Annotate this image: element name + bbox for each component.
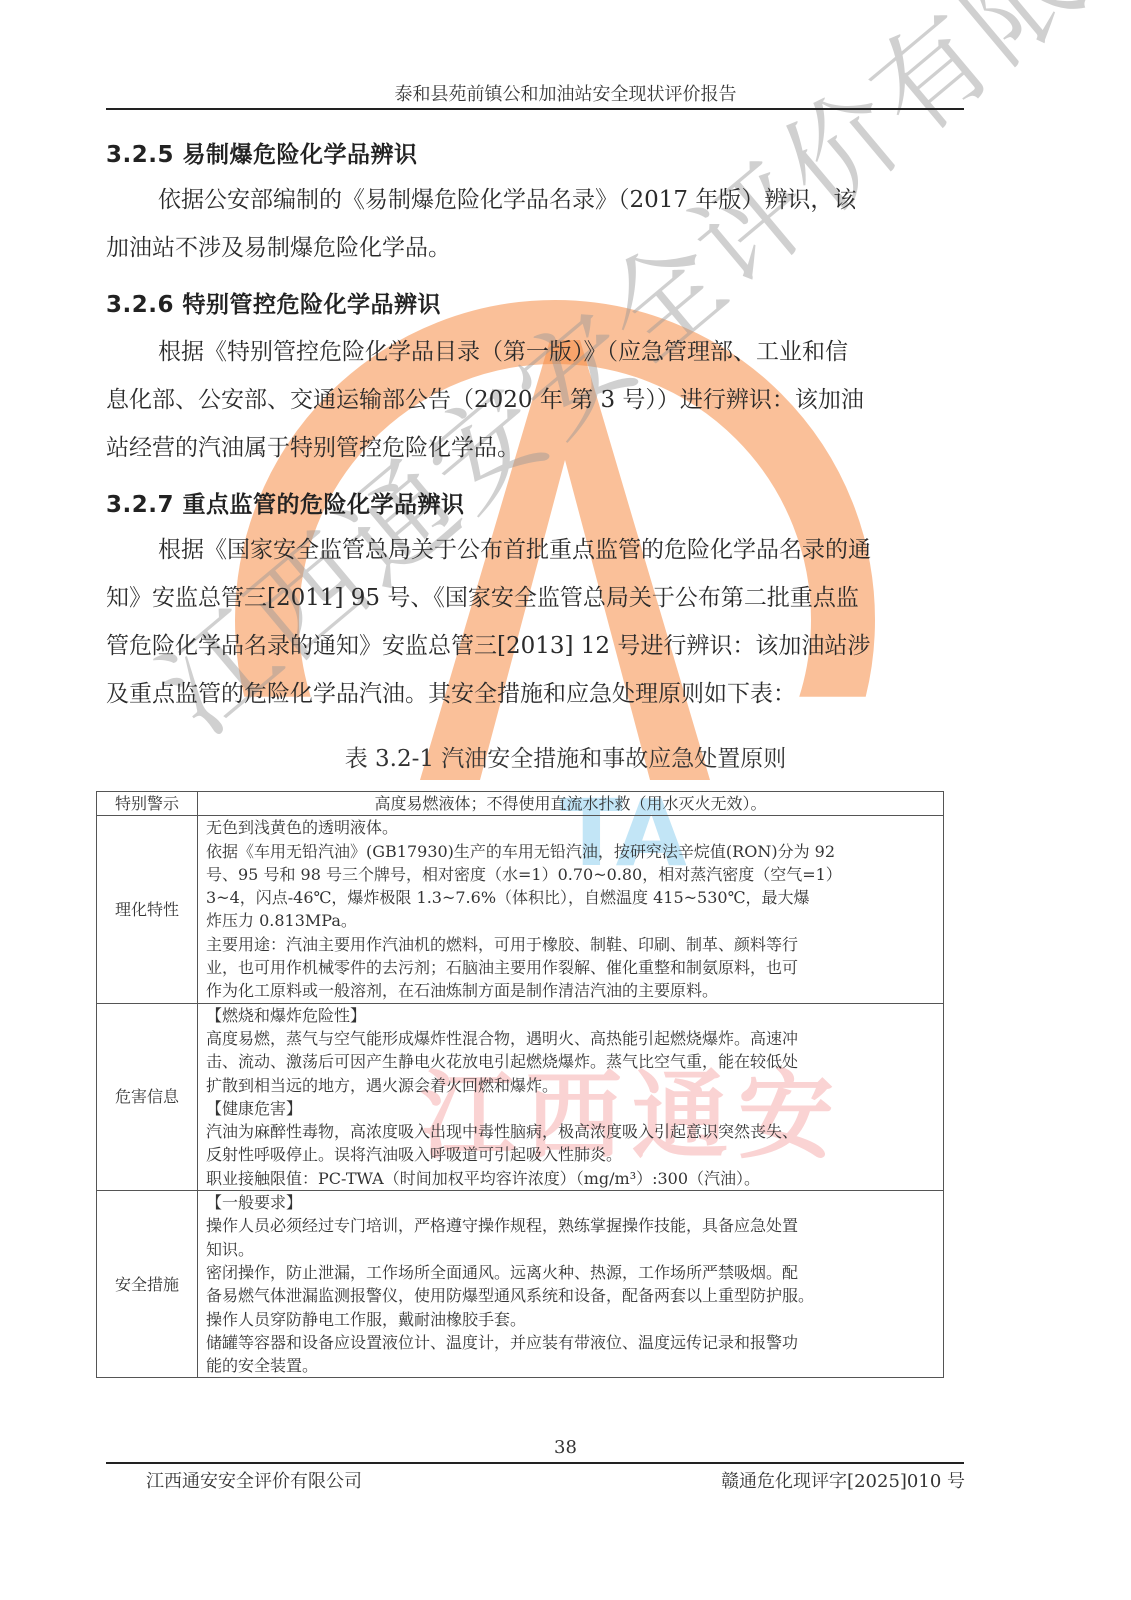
cell-line: 备易燃气体泄漏监测报警仪，使用防爆型通风系统和设备，配备两套以上重型防护服。 — [206, 1284, 935, 1307]
header-divider — [106, 108, 964, 110]
page-content: 泰和县苑前镇公和加油站安全现状评价报告 3.2.5 易制爆危险化学品辨识 依据公… — [0, 0, 1131, 1600]
cell-line: 炸压力 0.813MPa。 — [206, 909, 935, 932]
cell-line: 职业接触限值：PC-TWA（时间加权平均容许浓度）（mg/m³）:300（汽油）… — [206, 1167, 935, 1190]
cell-line: 无色到浅黄色的透明液体。 — [206, 816, 935, 839]
cell-line: 击、流动、激荡后可因产生静电火花放电引起燃烧爆炸。蒸气比空气重，能在较低处 — [206, 1050, 935, 1073]
cell-line: 主要用途：汽油主要用作汽油机的燃料，可用于橡胶、制鞋、印刷、制革、颜料等行 — [206, 933, 935, 956]
table-row-special-warning: 特别警示 高度易燃液体；不得使用直流水扑救（用水灭火无效）。 — [97, 792, 944, 816]
row-label: 危害信息 — [97, 1003, 198, 1190]
footer-report-number: 赣通危化现评字[2025]010 号 — [721, 1467, 965, 1493]
row-content: 【一般要求】 操作人员必须经过专门培训，严格遵守操作规程，熟练掌握操作技能，具备… — [198, 1191, 944, 1378]
section-paragraph-3-2-7: 根据《国家安全监管总局关于公布首批重点监管的危险化学品名录的通 知》安监总管三[… — [106, 526, 964, 718]
cell-line: 作为化工原料或一般溶剂，在石油炼制方面是制作清洁汽油的主要原料。 — [206, 979, 935, 1002]
page-number: 38 — [0, 1437, 1131, 1458]
cell-line: 依据《车用无铅汽油》(GB17930)生产的车用无铅汽油，按研究法辛烷值(RON… — [206, 840, 935, 863]
section-paragraph-3-2-6: 根据《特别管控危险化学品目录（第一版）》（应急管理部、工业和信 息化部、公安部、… — [106, 328, 964, 472]
cell-line: 知识。 — [206, 1238, 935, 1261]
row-content: 高度易燃液体；不得使用直流水扑救（用水灭火无效）。 — [198, 792, 944, 816]
cell-line: 3~4，闪点-46℃，爆炸极限 1.3~7.6%（体积比），自燃温度 415~5… — [206, 886, 935, 909]
paragraph-line: 加油站不涉及易制爆危险化学品。 — [106, 224, 964, 272]
paragraph-line: 管危险化学品名录的通知》安监总管三[2013] 12 号进行辨识：该加油站涉 — [106, 622, 964, 670]
cell-line: 高度易燃液体；不得使用直流水扑救（用水灭火无效）。 — [206, 792, 935, 815]
row-label: 理化特性 — [97, 816, 198, 1003]
paragraph-line: 站经营的汽油属于特别管控危险化学品。 — [106, 424, 964, 472]
paragraph-line: 依据公安部编制的《易制爆危险化学品名录》（2017 年版）辨识，该 — [106, 176, 964, 224]
footer-divider — [106, 1462, 964, 1464]
paragraph-line: 息化部、公安部、交通运输部公告（2020 年 第 3 号））进行辨识：该加油 — [106, 376, 964, 424]
table-caption: 表 3.2-1 汽油安全措施和事故应急处置原则 — [0, 740, 1131, 773]
row-label: 安全措施 — [97, 1191, 198, 1378]
cell-line: 号、95 号和 98 号三个牌号，相对密度（水=1）0.70~0.80，相对蒸汽… — [206, 863, 935, 886]
section-heading-3-2-6: 3.2.6 特别管控危险化学品辨识 — [106, 286, 441, 319]
section-heading-3-2-5: 3.2.5 易制爆危险化学品辨识 — [106, 136, 418, 169]
cell-line: 扩散到相当远的地方，遇火源会着火回燃和爆炸。 — [206, 1074, 935, 1097]
table-row-safety-measures: 安全措施 【一般要求】 操作人员必须经过专门培训，严格遵守操作规程，熟练掌握操作… — [97, 1191, 944, 1378]
cell-line: 密闭操作，防止泄漏，工作场所全面通风。远离火种、热源，工作场所严禁吸烟。配 — [206, 1261, 935, 1284]
cell-line: 【燃烧和爆炸危险性】 — [206, 1004, 935, 1027]
cell-line: 能的安全装置。 — [206, 1354, 935, 1377]
running-header: 泰和县苑前镇公和加油站安全现状评价报告 — [0, 80, 1131, 106]
cell-line: 反射性呼吸停止。误将汽油吸入呼吸道可引起吸入性肺炎。 — [206, 1143, 935, 1166]
cell-line: 业，也可用作机械零件的去污剂；石脑油主要用作裂解、催化重整和制氨原料，也可 — [206, 956, 935, 979]
paragraph-line: 及重点监管的危险化学品汽油。其安全措施和应急处理原则如下表： — [106, 670, 964, 718]
row-label: 特别警示 — [97, 792, 198, 816]
section-paragraph-3-2-5: 依据公安部编制的《易制爆危险化学品名录》（2017 年版）辨识，该 加油站不涉及… — [106, 176, 964, 272]
cell-line: 汽油为麻醉性毒物，高浓度吸入出现中毒性脑病，极高浓度吸入引起意识突然丧失、 — [206, 1120, 935, 1143]
cell-line: 【一般要求】 — [206, 1191, 935, 1214]
cell-line: 【健康危害】 — [206, 1097, 935, 1120]
row-content: 【燃烧和爆炸危险性】 高度易燃，蒸气与空气能形成爆炸性混合物，遇明火、高热能引起… — [198, 1003, 944, 1190]
table-row-physical-chemical-properties: 理化特性 无色到浅黄色的透明液体。 依据《车用无铅汽油》(GB17930)生产的… — [97, 816, 944, 1003]
paragraph-line: 根据《特别管控危险化学品目录（第一版）》（应急管理部、工业和信 — [106, 328, 964, 376]
paragraph-line: 根据《国家安全监管总局关于公布首批重点监管的危险化学品名录的通 — [106, 526, 964, 574]
table-row-hazard-information: 危害信息 【燃烧和爆炸危险性】 高度易燃，蒸气与空气能形成爆炸性混合物，遇明火、… — [97, 1003, 944, 1190]
paragraph-line: 知》安监总管三[2011] 95 号、《国家安全监管总局关于公布第二批重点监 — [106, 574, 964, 622]
gasoline-safety-table: 特别警示 高度易燃液体；不得使用直流水扑救（用水灭火无效）。 理化特性 无色到浅… — [96, 791, 944, 1378]
document-page: TA 江西通安安全评价有限公司 江西通安 泰和县苑前镇公和加油站安全现状评价报告… — [0, 0, 1131, 1600]
cell-line: 储罐等容器和设备应设置液位计、温度计，并应装有带液位、温度远传记录和报警功 — [206, 1331, 935, 1354]
cell-line: 操作人员穿防静电工作服，戴耐油橡胶手套。 — [206, 1308, 935, 1331]
section-heading-3-2-7: 3.2.7 重点监管的危险化学品辨识 — [106, 486, 465, 519]
cell-line: 操作人员必须经过专门培训，严格遵守操作规程，熟练掌握操作技能，具备应急处置 — [206, 1214, 935, 1237]
cell-line: 高度易燃，蒸气与空气能形成爆炸性混合物，遇明火、高热能引起燃烧爆炸。高速冲 — [206, 1027, 935, 1050]
footer-company: 江西通安安全评价有限公司 — [146, 1467, 362, 1493]
row-content: 无色到浅黄色的透明液体。 依据《车用无铅汽油》(GB17930)生产的车用无铅汽… — [198, 816, 944, 1003]
